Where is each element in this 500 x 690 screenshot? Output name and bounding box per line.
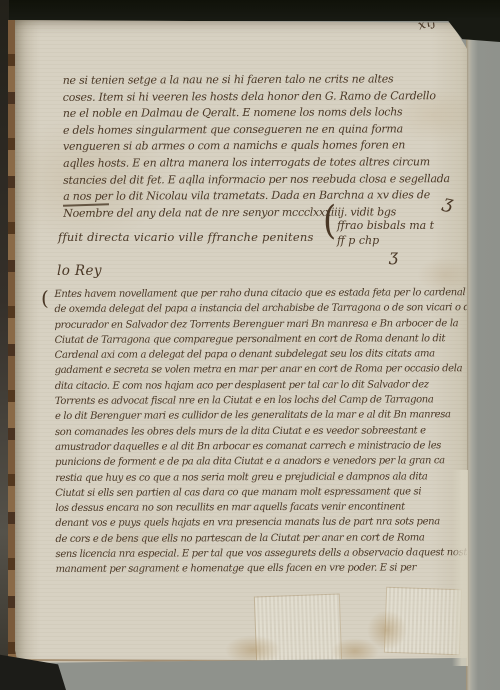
manuscript-text-line: e dels homes singularment que conseguere… (63, 121, 450, 139)
manuscript-text-line: punicions de forment e de pa ala dita Ci… (55, 453, 495, 470)
stain (367, 610, 407, 650)
manuscript-text-line: vengueren si ab armes o com a namichs e … (63, 138, 450, 156)
manuscript-text-line: coses. Item si hi veeren les hosts dela … (63, 88, 450, 106)
registration-note-line1: ffrao bisbals ma t (337, 218, 434, 233)
manuscript-text-line: sens licencia nra especial. E per tal qu… (56, 545, 496, 562)
dispatch-note-line: ffuit directa vicario ville ffranche pen… (58, 230, 314, 244)
manuscript-text-line: aqlles hosts. E en altra manera los inte… (63, 154, 450, 172)
manuscript-text-line: ne el noble en Dalmau de Qeralt. E nomen… (63, 104, 450, 122)
manuscript-page: xij ne si tenien setge a la nau ne si hi… (15, 20, 467, 663)
page-bottom-edge (17, 659, 467, 663)
registration-note: ( ffrao bisbals ma t ff p chp ʒ (337, 218, 434, 248)
paragraph-2: Entes havem novellament que per raho dun… (54, 285, 495, 578)
manuscript-photograph: xij ne si tenien setge a la nau ne si hi… (0, 0, 500, 690)
manuscript-text-line: de oxemda delegat del papa a instancia d… (54, 300, 494, 317)
manuscript-text-line: denant vos e puys quels hajats en vra pr… (55, 514, 495, 531)
manuscript-text-line: a nos per lo dit Nicolau vila trametats.… (63, 187, 450, 205)
leaf-edge-highlight (452, 470, 468, 666)
registration-paren-mark: ( (323, 213, 336, 230)
margin-paren-mark: ( (41, 286, 49, 310)
registration-flourish: ʒ (389, 248, 398, 263)
salutation-lo-rey: lo Rey (57, 263, 102, 279)
manuscript-text-line: gadament e secreta se volen metra en mar… (55, 362, 495, 379)
manuscript-text-line: e lo dit Berenguer mari es cullidor de l… (55, 407, 495, 424)
paragraph-1: ne si tenien setge a la nau ne si hi fae… (63, 71, 450, 222)
manuscript-text-line: procurador en Salvador dez Torrents Bere… (55, 316, 495, 333)
page-block-edges (466, 20, 500, 690)
manuscript-text-line: stancies del dit fet. E aqlla informacio… (63, 171, 450, 189)
photo-background-top (0, 0, 500, 21)
manuscript-text-line: ne si tenien setge a la nau ne si hi fae… (63, 71, 450, 89)
manuscript-text-line: manament per sagrament e homenatge que e… (56, 560, 496, 577)
registration-note-line2: ff p chp (337, 233, 434, 248)
